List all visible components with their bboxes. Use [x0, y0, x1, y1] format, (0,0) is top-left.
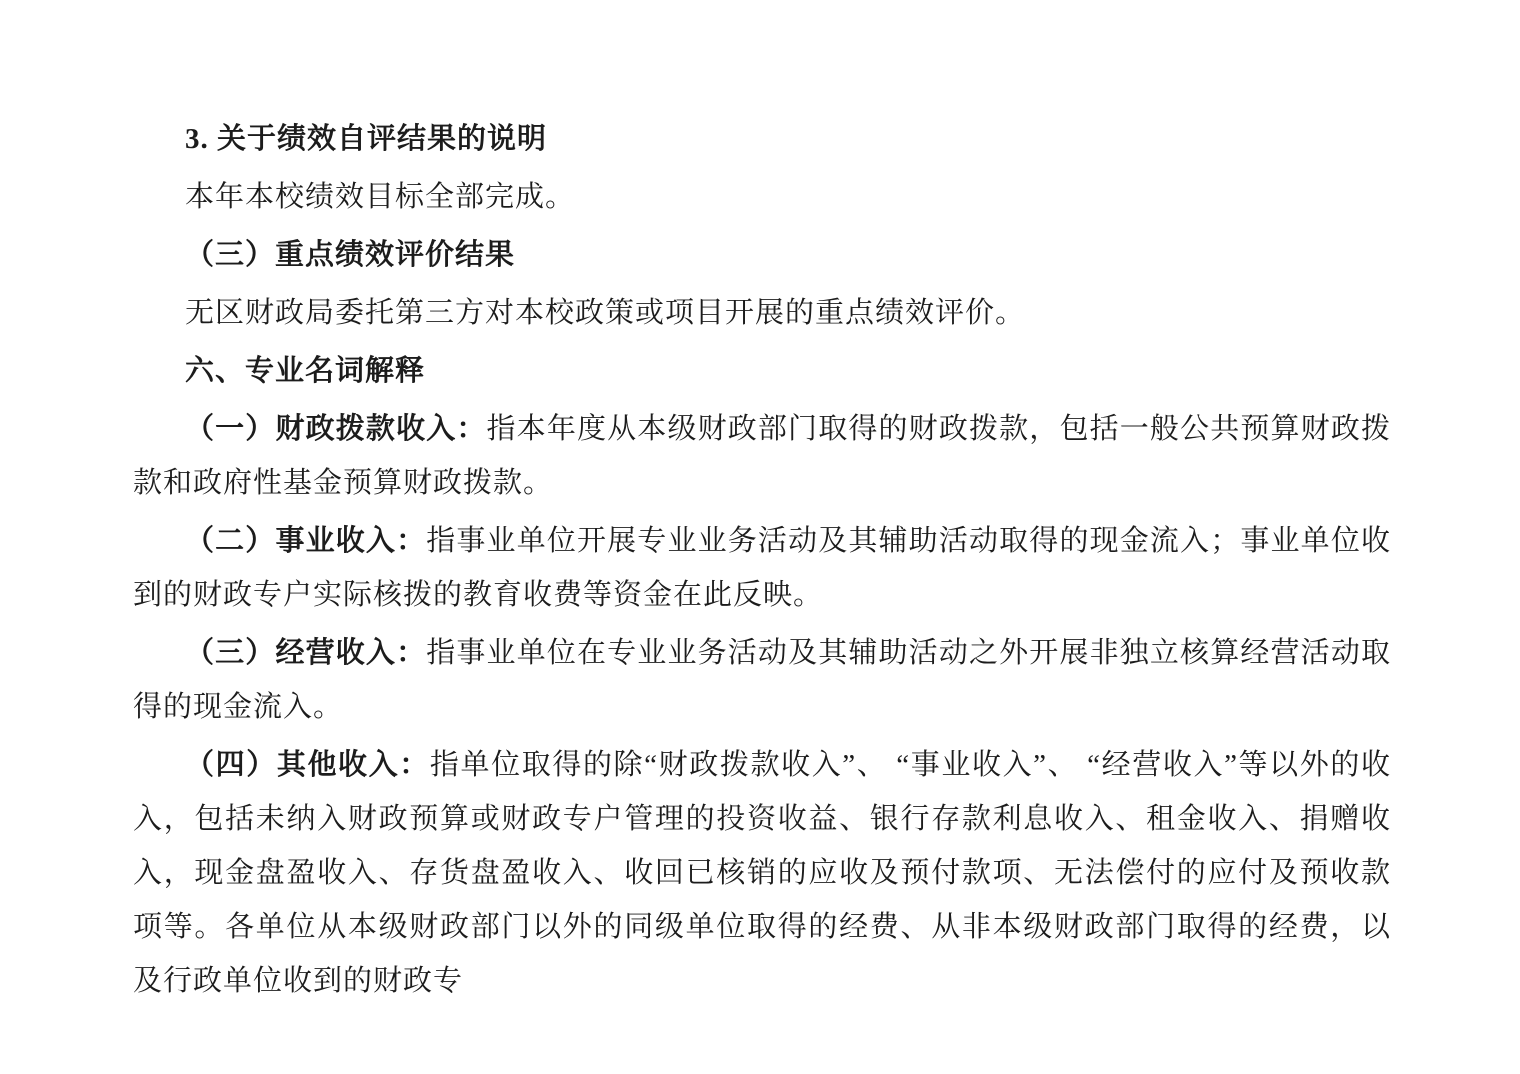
document-page: 3. 关于绩效自评结果的说明 本年本校绩效目标全部完成。 （三）重点绩效评价结果…	[0, 0, 1520, 1074]
paragraph-key-performance-evaluation: 无区财政局委托第三方对本校政策或项目开展的重点绩效评价。	[133, 286, 1391, 340]
heading-key-performance-evaluation-result: （三）重点绩效评价结果	[133, 228, 1391, 282]
document-body: 3. 关于绩效自评结果的说明 本年本校绩效目标全部完成。 （三）重点绩效评价结果…	[133, 112, 1391, 1012]
term-operating-income: （三）经营收入：指事业单位在专业业务活动及其辅助活动之外开展非独立核算经营活动取…	[133, 626, 1391, 734]
paragraph-self-evaluation-result: 本年本校绩效目标全部完成。	[133, 170, 1391, 224]
term-lead-business-income: （二）事业收入：	[185, 525, 426, 557]
term-lead-operating-income: （三）经营收入：	[185, 637, 426, 669]
term-fiscal-appropriation-income: （一）财政拨款收入：指本年度从本级财政部门取得的财政拨款，包括一般公共预算财政拨…	[133, 402, 1391, 510]
heading-terminology-explanation: 六、专业名词解释	[133, 344, 1391, 398]
term-lead-fiscal-appropriation-income: （一）财政拨款收入：	[185, 413, 487, 445]
term-lead-other-income: （四）其他收入：	[185, 749, 430, 781]
term-body-other-income: 指单位取得的除“财政拨款收入”、 “事业收入”、 “经营收入”等以外的收入，包括…	[133, 749, 1391, 997]
term-other-income: （四）其他收入：指单位取得的除“财政拨款收入”、 “事业收入”、 “经营收入”等…	[133, 738, 1391, 1008]
term-business-income: （二）事业收入：指事业单位开展专业业务活动及其辅助活动取得的现金流入；事业单位收…	[133, 514, 1391, 622]
heading-self-evaluation-note: 3. 关于绩效自评结果的说明	[133, 112, 1391, 166]
